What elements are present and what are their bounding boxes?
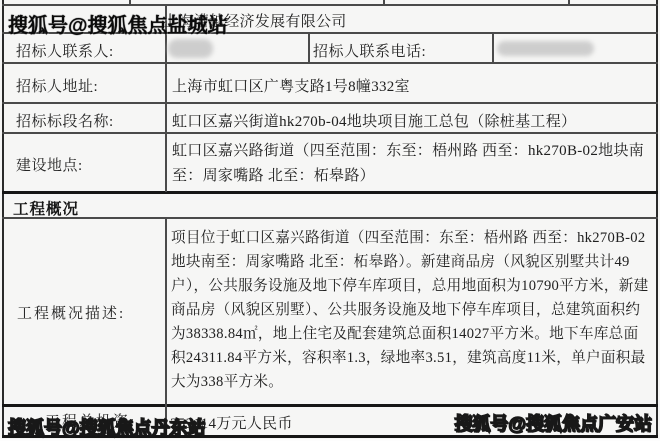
bidder-address-label: 招标人地址: xyxy=(16,75,98,96)
project-overview-header: 工程概况 xyxy=(13,197,79,219)
construction-site-label: 建设地点: xyxy=(16,154,83,175)
section-top-border xyxy=(2,191,658,194)
redacted-contact-name xyxy=(168,39,213,58)
tender-section-label: 招标标段名称: xyxy=(16,110,114,131)
contact-row-divider-1 xyxy=(308,32,310,63)
row-border xyxy=(2,4,658,6)
bidder-address-value: 上海市虹口区广粤支路1号8幢332室 xyxy=(172,75,410,96)
row-border xyxy=(2,217,658,219)
table-left-border xyxy=(2,0,4,438)
table-right-border xyxy=(656,0,658,438)
label-column-divider-bottom xyxy=(165,217,167,436)
contact-row-divider-2 xyxy=(492,32,494,63)
project-description-value: 项目位于虹口区嘉兴路街道（四至范围：东至：梧州路 西至：hk270B-02地块南… xyxy=(171,226,651,394)
row-border xyxy=(2,62,658,64)
tender-document-table: 上海漕越经济发展有限公司 招标人联系人: 招标人联系电话: 招标人地址: 上海市… xyxy=(0,0,660,441)
watermark-bottom-right: 搜狐号@搜狐焦点广安站 xyxy=(454,410,652,436)
row-border xyxy=(2,132,658,134)
tender-section-value: 虹口区嘉兴街道hk270b-04地块项目施工总包（除桩基工程） xyxy=(172,110,576,131)
redacted-contact-phone xyxy=(497,41,594,56)
project-description-label: 工程概况描述: xyxy=(17,302,125,323)
contact-phone-label: 招标人联系电话: xyxy=(313,40,426,61)
contact-person-label: 招标人联系人: xyxy=(16,40,114,61)
watermark-bottom-left: 搜狐号@搜狐焦点丹东站 xyxy=(8,414,206,440)
row-border xyxy=(2,102,658,104)
watermark-top-left: 搜狐号@搜狐焦点盐城站 xyxy=(8,9,228,38)
construction-site-value: 虹口区嘉兴路街道（四至范围：东至：梧州路 西至：hk270B-02地块南至：周家… xyxy=(172,139,654,189)
row-border-thick xyxy=(2,404,658,407)
